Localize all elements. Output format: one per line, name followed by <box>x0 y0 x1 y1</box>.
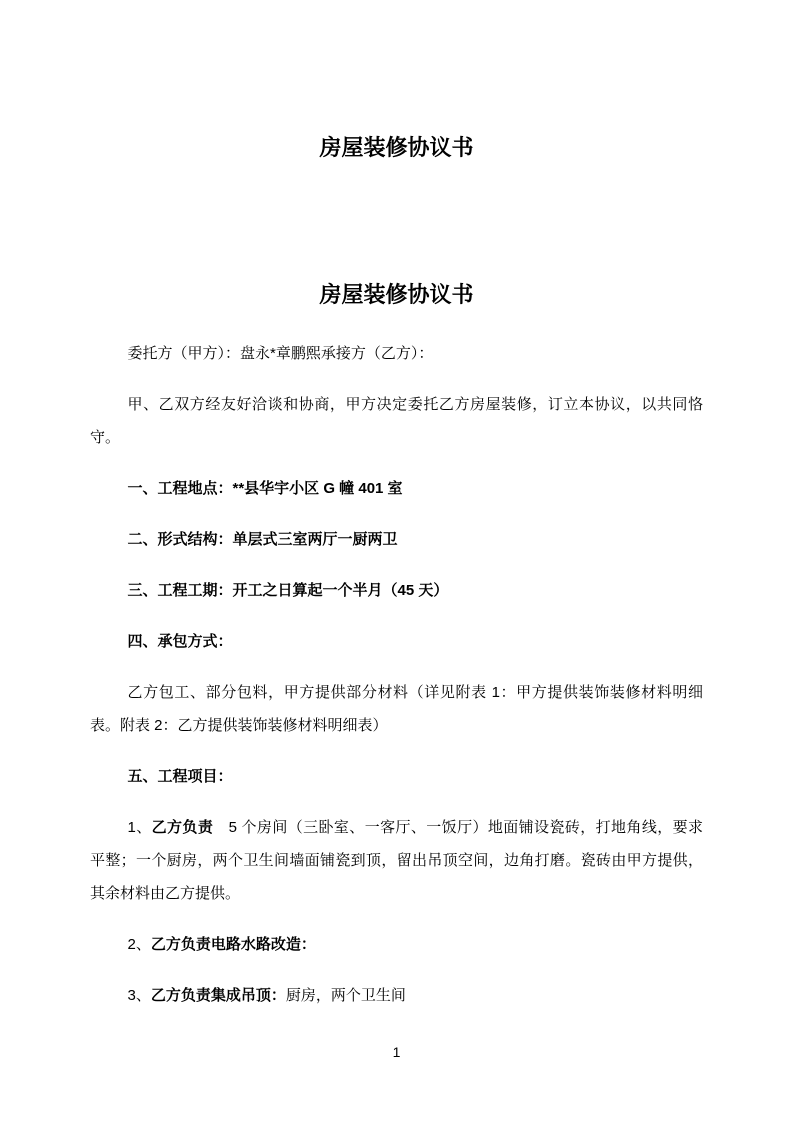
document-page: 房屋装修协议书 房屋装修协议书 委托方（甲方）：盘永*章鹏熙承接方（乙方）： 甲… <box>0 0 793 1122</box>
page-number: 1 <box>0 1042 793 1062</box>
text-run: 一、工程地点：**县华宇小区 G 幢 401 室 <box>128 480 403 497</box>
project-item-3: 3、乙方负责集成吊顶：厨房，两个卫生间 <box>90 979 703 1012</box>
text-run: 2、 <box>128 936 151 953</box>
text-run: 乙方负责集成吊顶： <box>151 987 286 1004</box>
document-title-top: 房屋装修协议书 <box>90 130 703 166</box>
text-run: 3、 <box>128 987 151 1004</box>
text-run: 五、工程项目： <box>128 768 233 785</box>
text-run: 四、承包方式： <box>128 633 233 650</box>
clause-duration: 三、工程工期：开工之日算起一个半月（45 天） <box>90 574 703 607</box>
preamble: 甲、乙双方经友好洽谈和协商，甲方决定委托乙方房屋装修，订立本协议，以共同恪守。 <box>90 388 703 454</box>
clause-project-items: 五、工程项目： <box>90 760 703 793</box>
text-run: 1、 <box>128 819 152 836</box>
project-item-1: 1、乙方负责 5 个房间（三卧室、一客厅、一饭厅）地面铺设瓷砖，打地角线，要求平… <box>90 811 703 910</box>
text-run: 委托方（甲方）：盘永*章鹏熙承接方（乙方）： <box>128 345 434 362</box>
text-run: 厨房，两个卫生间 <box>286 987 406 1004</box>
text-run: 乙方包工、部分包料，甲方提供部分材料（详见附表 1：甲方提供装饰装修材料明细表。… <box>90 684 703 734</box>
clause-structure: 二、形式结构：单层式三室两厅一厨两卫 <box>90 523 703 556</box>
text-run: 三、工程工期：开工之日算起一个半月（45 天） <box>128 582 449 599</box>
document-title: 房屋装修协议书 <box>90 277 703 313</box>
text-run: 甲、乙双方经友好洽谈和协商，甲方决定委托乙方房屋装修，订立本协议，以共同恪守。 <box>90 396 703 446</box>
text-run: 乙方负责电路水路改造： <box>151 936 316 953</box>
contract-mode-detail: 乙方包工、部分包料，甲方提供部分材料（详见附表 1：甲方提供装饰装修材料明细表。… <box>90 676 703 742</box>
party-line: 委托方（甲方）：盘永*章鹏熙承接方（乙方）： <box>90 337 703 370</box>
project-item-2: 2、乙方负责电路水路改造： <box>90 928 703 961</box>
clause-location: 一、工程地点：**县华宇小区 G 幢 401 室 <box>90 472 703 505</box>
text-run: 乙方负责 <box>152 819 214 836</box>
text-run: 二、形式结构：单层式三室两厅一厨两卫 <box>128 531 398 548</box>
clause-contract-mode: 四、承包方式： <box>90 625 703 658</box>
